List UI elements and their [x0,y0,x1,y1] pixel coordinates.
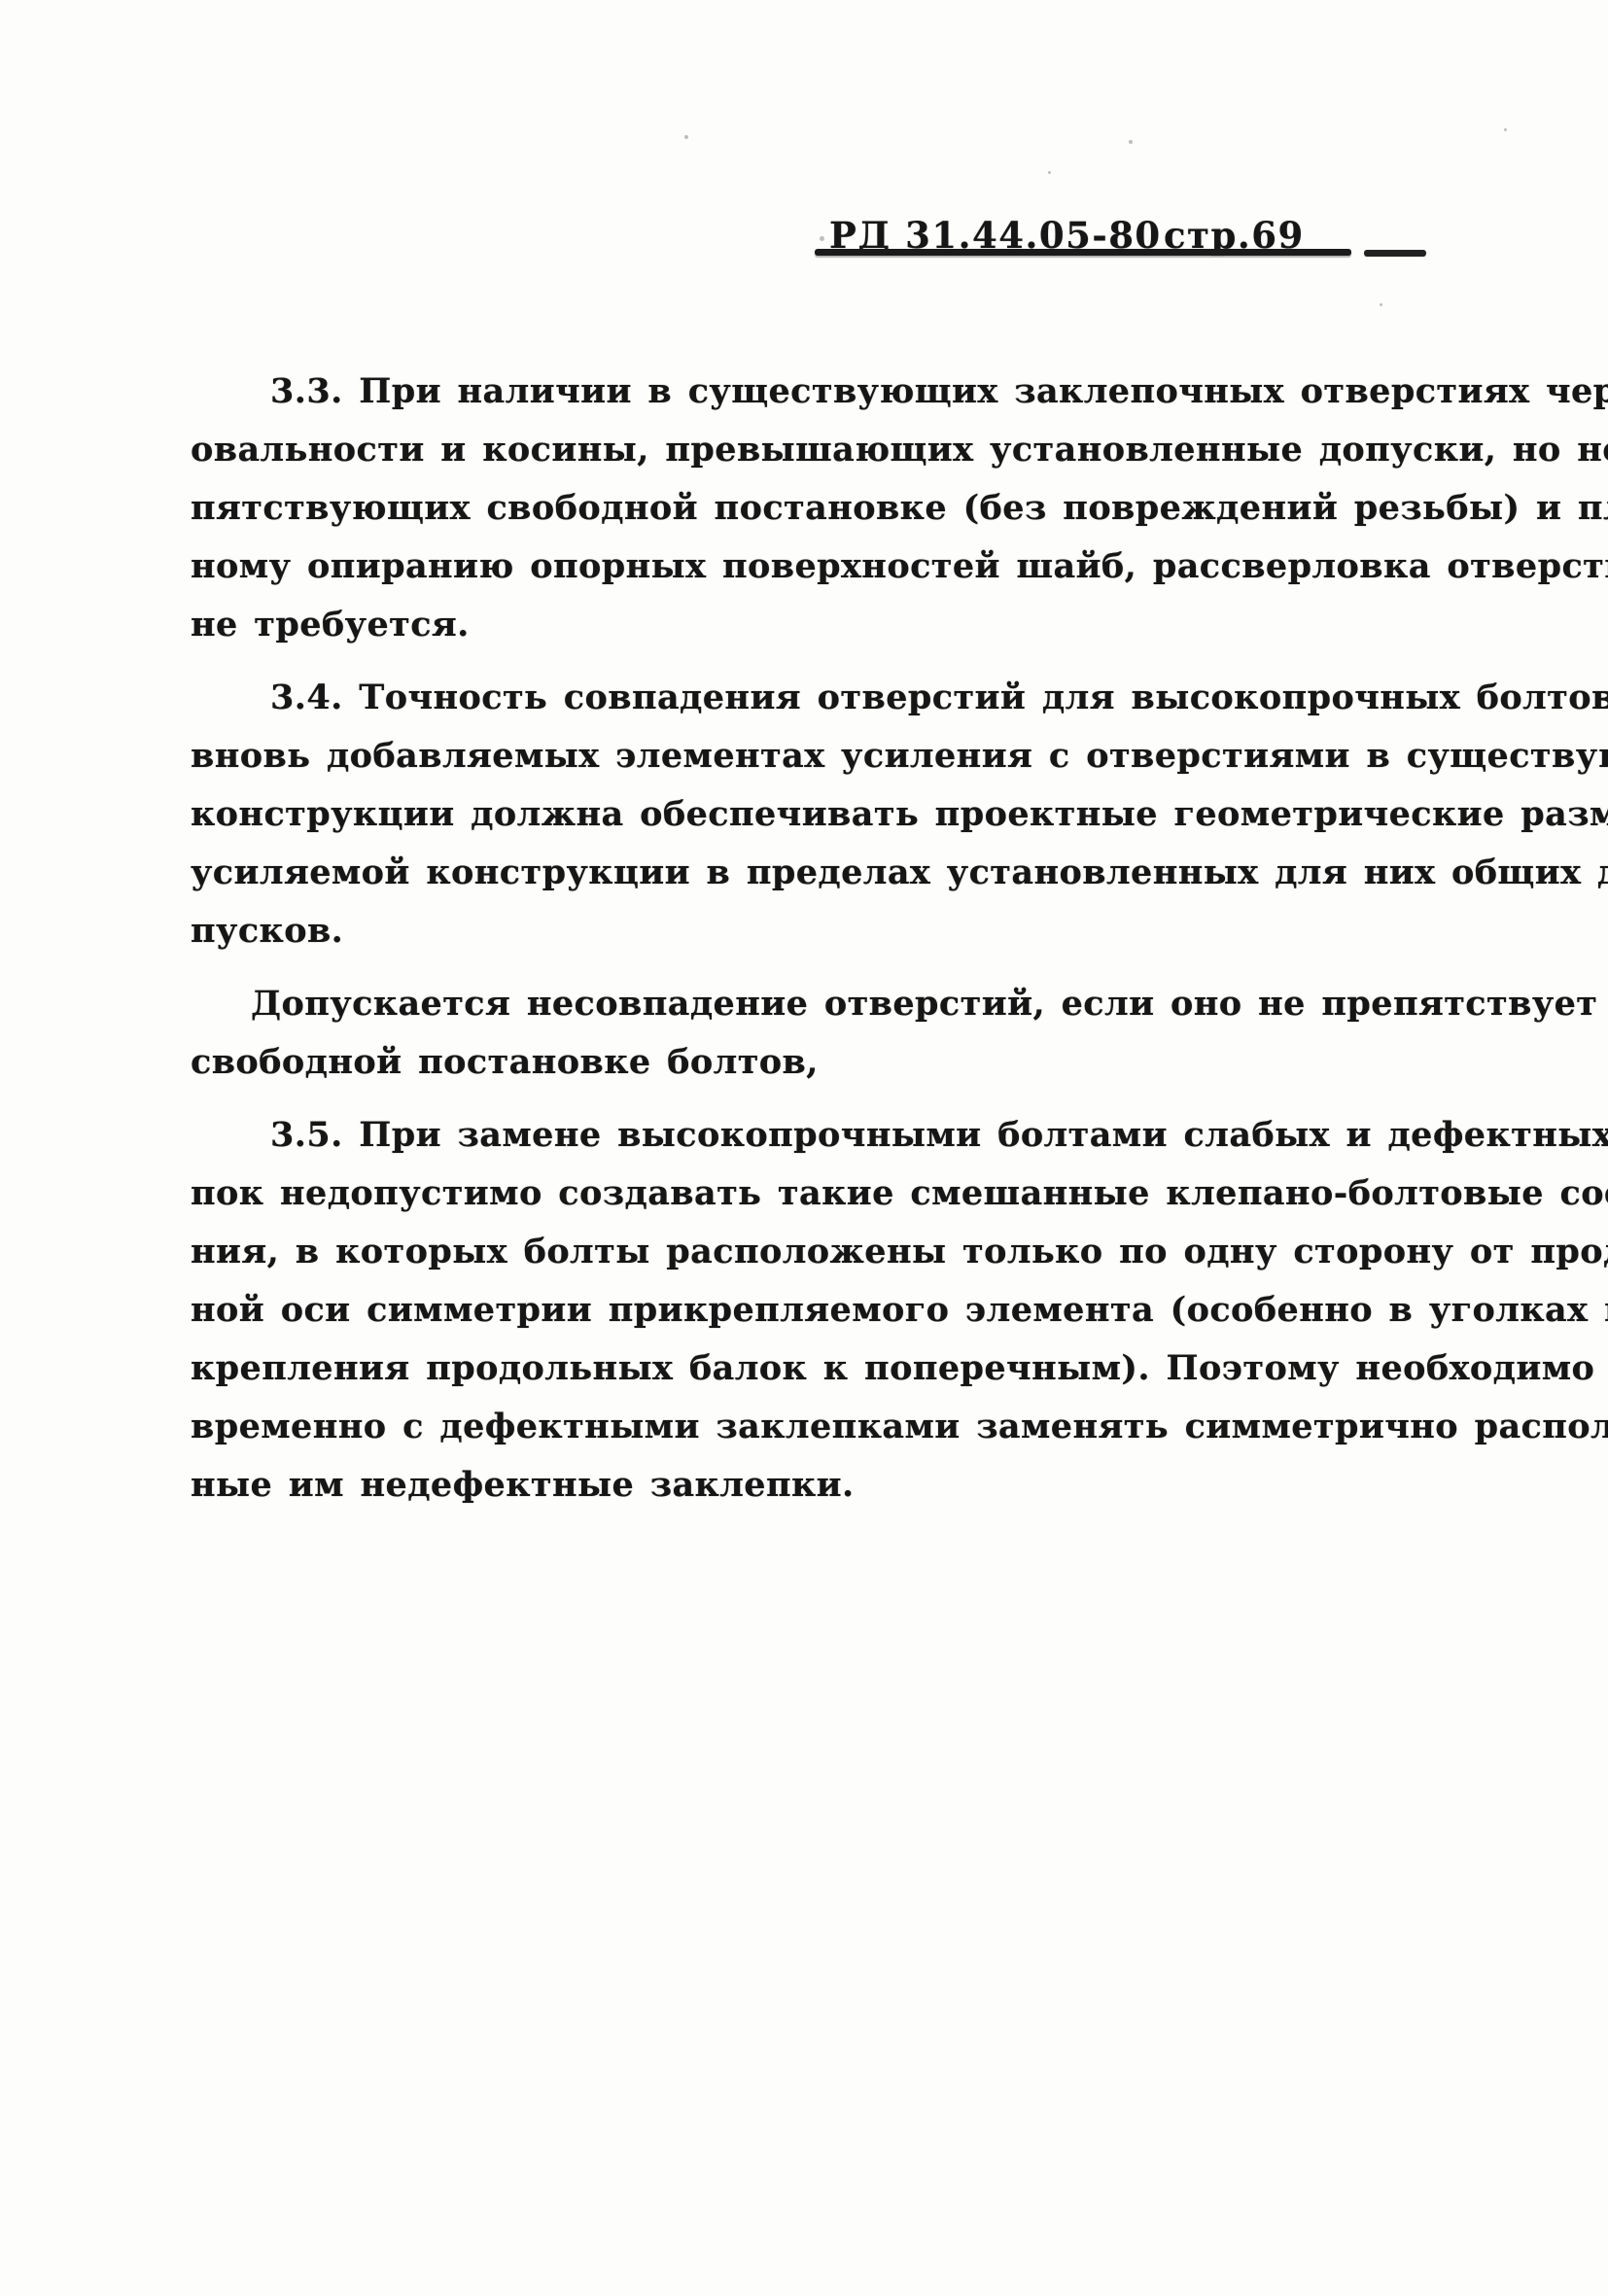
text-line: ной оси симметрии прикрепляемого элемент… [191,1281,1454,1339]
scan-speck [820,236,824,241]
paragraph-dopuskaetsya: Допускается несовпадение отверстий, если… [191,975,1454,1092]
text-line: усиляемой конструкции в пределах установ… [191,844,1454,902]
scan-speck [1129,140,1133,144]
text-line: конструкции должна обеспечивать проектны… [191,785,1454,844]
document-body: 3.3. При наличии в существующих заклепоч… [191,363,1454,1529]
text-line: 3.3. При наличии в существующих заклепоч… [191,363,1454,421]
text-line: пятствующих свободной постановке (без по… [191,479,1454,538]
text-line: 3.5. При замене высокопрочными болтами с… [191,1106,1454,1165]
paragraph-3-4: 3.4. Точность совпадения отверстий для в… [191,669,1454,960]
text-line: 3.4. Точность совпадения отверстий для в… [191,669,1454,727]
scan-speck [684,135,688,139]
text-line: вновь добавляемых элементах усиления с о… [191,727,1454,785]
text-line: Допускается несовпадение отверстий, если… [191,975,1454,1033]
text-line: временно с дефектными заклепками заменят… [191,1398,1454,1456]
scanned-document-page: РД 31.44.05-80 стр.69 3.3. При наличии в… [0,0,1608,2296]
text-line: пусков. [191,902,1454,960]
header-underline [815,249,1351,256]
paragraph-3-3: 3.3. При наличии в существующих заклепоч… [191,363,1454,654]
text-line: не требуется. [191,596,1454,654]
text-line: ные им недефектные заклепки. [191,1456,1454,1514]
text-line: овальности и косины, превышающих установ… [191,421,1454,479]
text-line: свободной постановке болтов, [191,1033,1454,1092]
scan-speck [1048,171,1051,174]
scan-speck [1380,303,1382,306]
text-line: крепления продольных балок к поперечным)… [191,1339,1454,1398]
text-line: ния, в которых болты расположены только … [191,1223,1454,1281]
text-line: ному опиранию опорных поверхностей шайб,… [191,538,1454,596]
scan-speck [1504,128,1507,131]
text-line: пок недопустимо создавать такие смешанны… [191,1165,1454,1223]
header-underline-short [1364,250,1426,257]
paragraph-3-5: 3.5. При замене высокопрочными болтами с… [191,1106,1454,1514]
